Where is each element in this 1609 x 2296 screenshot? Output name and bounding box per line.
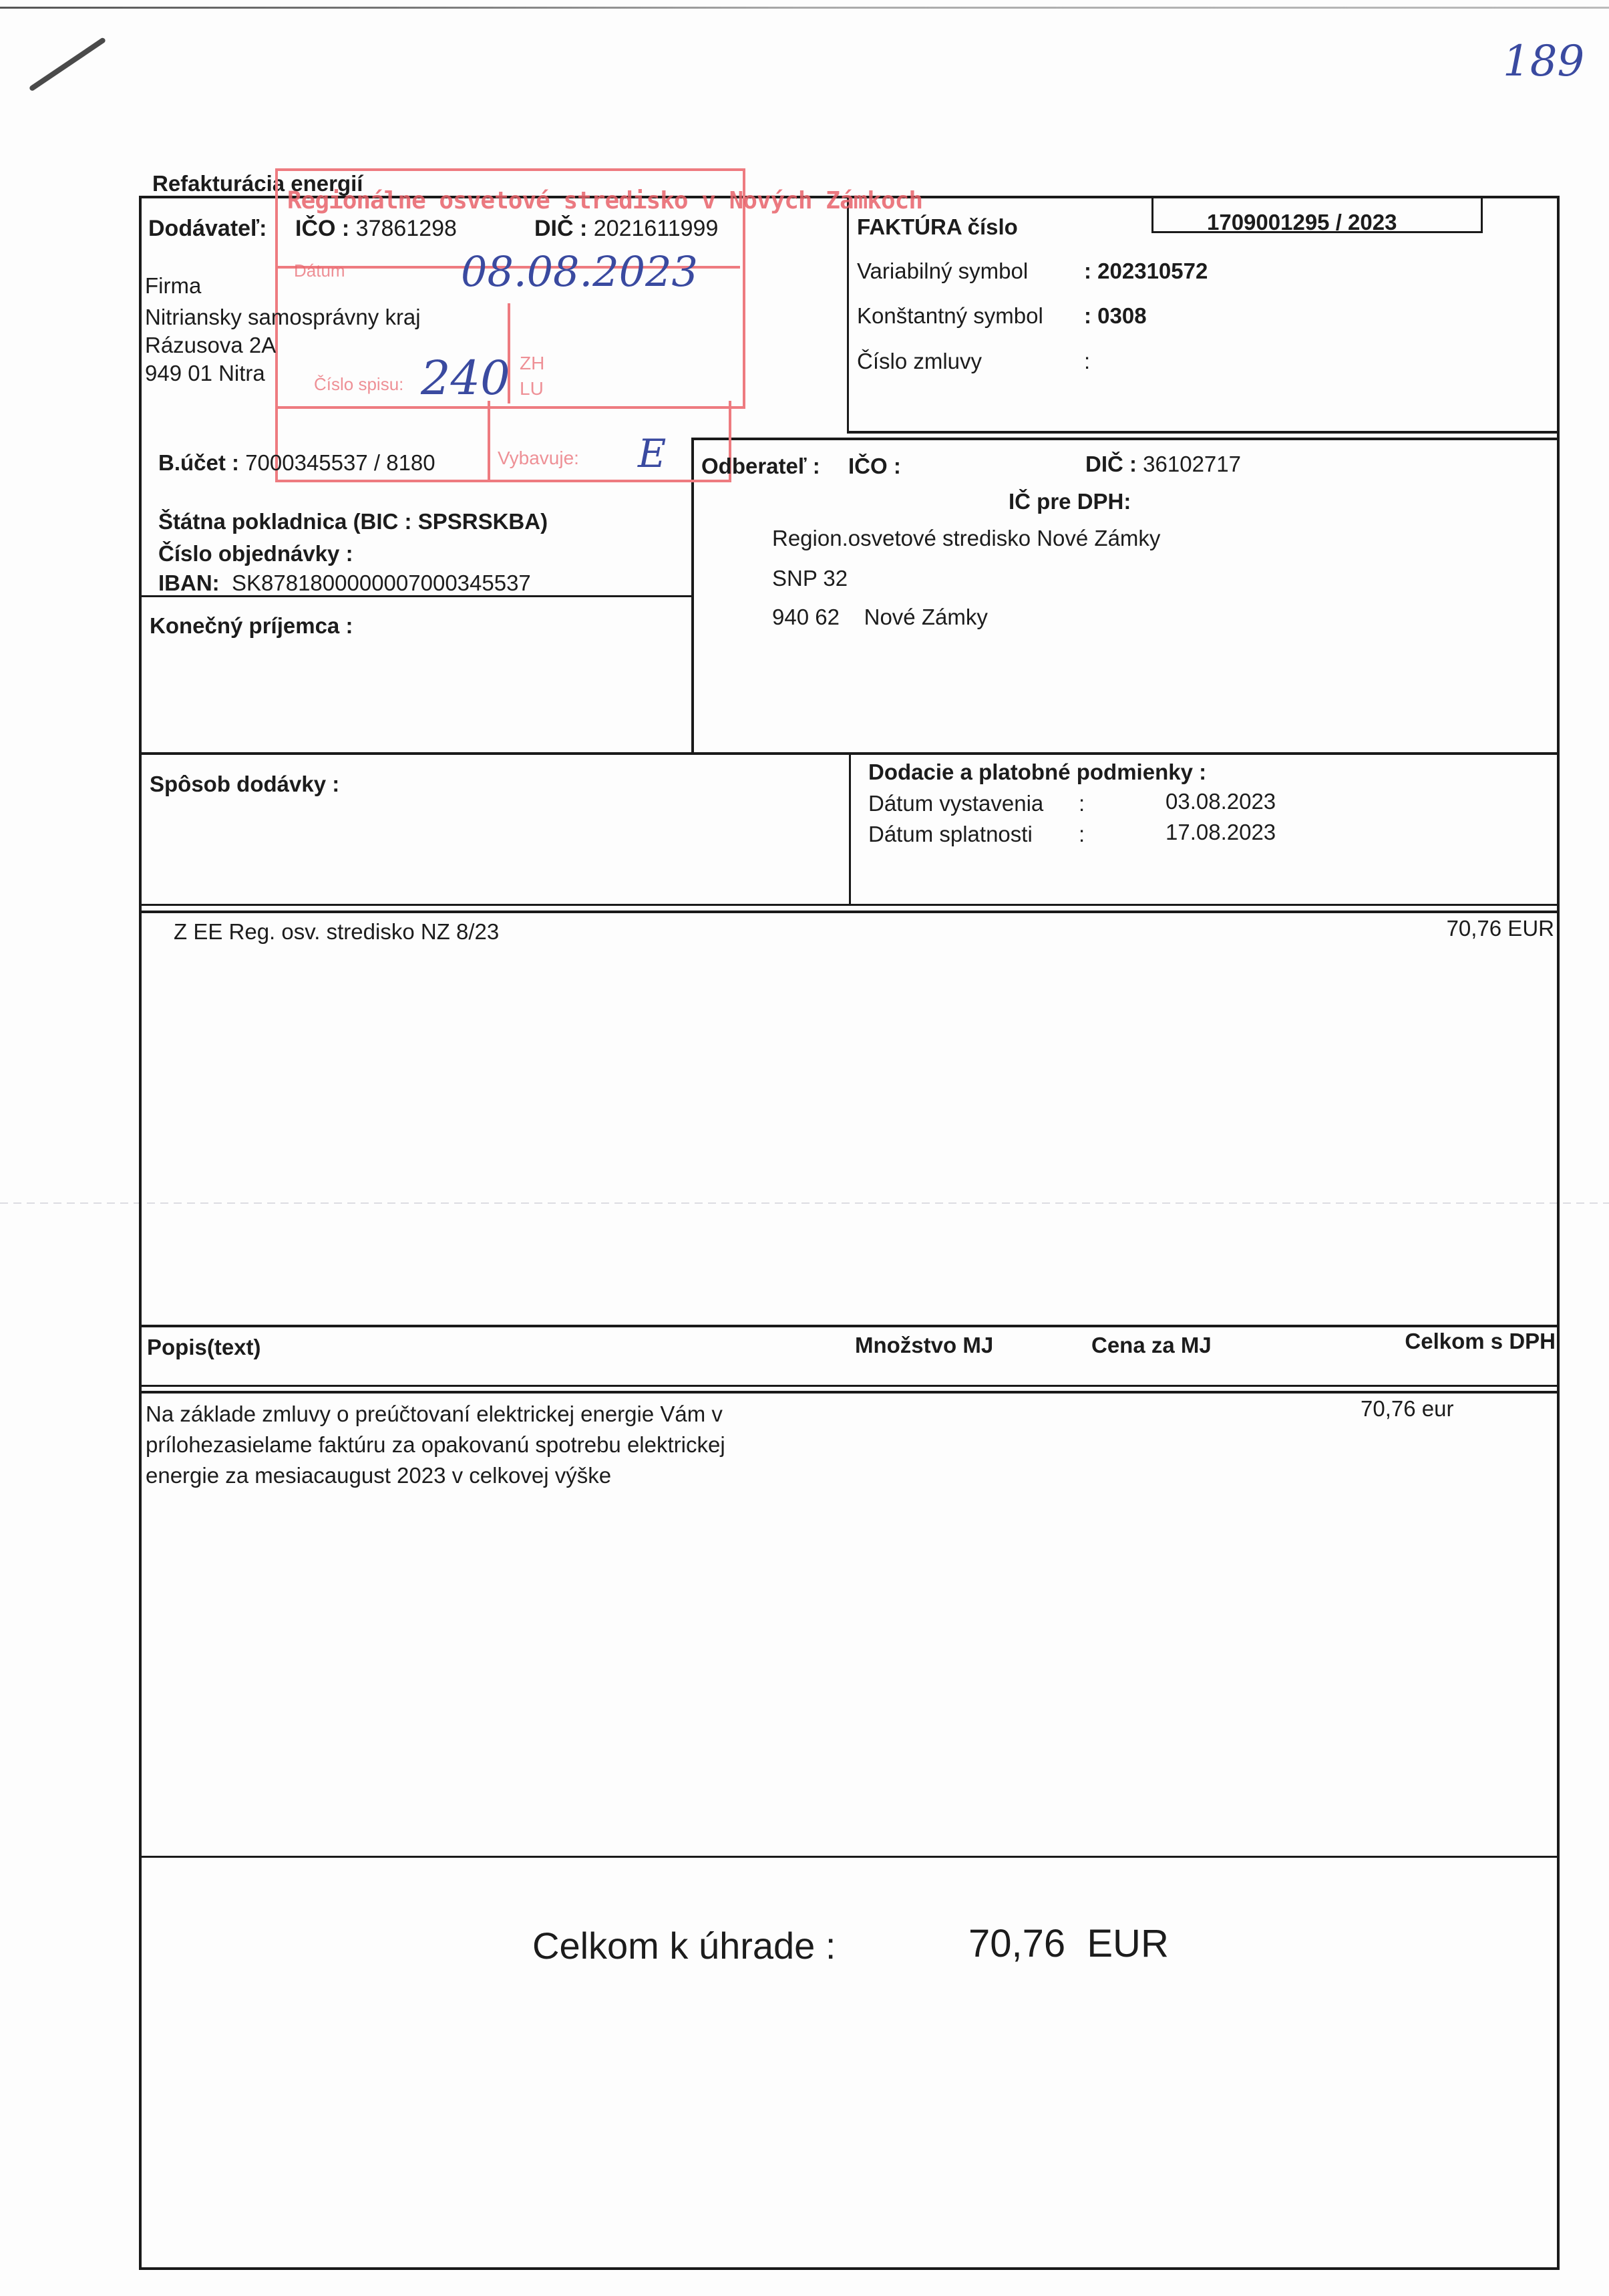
invoice-number: 1709001295 / 2023: [1207, 211, 1397, 233]
column-header-description: Popis(text): [147, 1336, 261, 1358]
supplier-street: Rázusova 2A: [145, 334, 276, 356]
invoice-title: FAKTÚRA číslo: [857, 216, 1018, 238]
final-recipient-label: Konečný príjemca :: [150, 615, 353, 637]
customer-label: Odberateľ :: [701, 455, 820, 477]
item-description-line: prílohezasielame faktúru za opakovanú sp…: [146, 1430, 725, 1460]
issue-date-value: 03.08.2023: [1166, 790, 1276, 812]
page-number-handwritten: 189: [1503, 37, 1584, 86]
due-date-value: 17.08.2023: [1166, 821, 1276, 843]
customer-dic: DIČ : 36102717: [1085, 453, 1241, 475]
constant-symbol-value: : 0308: [1084, 305, 1147, 327]
summary-note: Z EE Reg. osv. stredisko NZ 8/23: [174, 921, 499, 943]
customer-ico-label: IČO :: [848, 455, 901, 477]
customer-name: Region.osvetové stredisko Nové Zámky: [772, 527, 1160, 549]
contract-number-value: :: [1084, 350, 1090, 372]
staple-icon: [29, 37, 106, 92]
issue-date-colon: :: [1079, 792, 1085, 814]
variable-symbol-label: Variabilný symbol: [857, 260, 1028, 282]
item-description-line: Na základe zmluvy o preúčtovaní elektric…: [146, 1399, 725, 1430]
supplier-firm-label: Firma: [145, 275, 201, 297]
contract-number-label: Číslo zmluvy: [857, 350, 982, 372]
paper-fold-line: [0, 1202, 1609, 1204]
due-date-label: Dátum splatnosti: [868, 823, 1033, 845]
column-header-quantity: Množstvo MJ: [855, 1334, 993, 1356]
supplier-account: B.účet : 7000345537 / 8180: [158, 452, 435, 474]
stamp-side-label-lu: LU: [520, 378, 544, 399]
customer-street: SNP 32: [772, 567, 848, 589]
total-value: 70,76 EUR: [968, 1921, 1169, 1966]
supplier-order-label: Číslo objednávky :: [158, 542, 353, 564]
stamp-side-label-zh: ZH: [520, 353, 544, 374]
customer-vat-label: IČ pre DPH:: [1009, 490, 1131, 512]
delivery-method-label: Spôsob dodávky :: [150, 773, 339, 795]
customer-city: 940 62 Nové Zámky: [772, 606, 988, 628]
stamp-handled-value: E: [638, 431, 666, 476]
constant-symbol-label: Konštantný symbol: [857, 305, 1043, 327]
total-label: Celkom k úhrade :: [532, 1924, 836, 1967]
stamp-organization: Regionálne osvetové stredisko v Nových Z…: [287, 187, 922, 214]
item-total: 70,76 eur: [1361, 1398, 1453, 1420]
column-header-unit-price: Cena za MJ: [1091, 1334, 1212, 1356]
supplier-name: Nitriansky samosprávny kraj: [145, 306, 421, 328]
delivery-terms-label: Dodacie a platobné podmienky :: [868, 761, 1206, 783]
stamp-date-value: 08.08.2023: [461, 247, 698, 296]
stamp-handled-label: Vybavuje:: [498, 448, 579, 469]
supplier-city: 949 01 Nitra: [145, 362, 265, 384]
due-date-colon: :: [1079, 823, 1085, 845]
supplier-label: Dodávateľ:: [148, 217, 266, 240]
supplier-iban: IBAN: SK8781800000007000345537: [158, 572, 531, 594]
stamp-reg-value: 240: [421, 351, 510, 405]
summary-amount: 70,76 EUR: [1447, 917, 1554, 939]
column-header-total: Celkom s DPH: [1405, 1330, 1556, 1352]
supplier-dic: DIČ : 2021611999: [534, 217, 718, 240]
issue-date-label: Dátum vystavenia: [868, 792, 1043, 814]
table-row: Na základe zmluvy o preúčtovaní elektric…: [146, 1399, 725, 1491]
stamp-reg-label: Číslo spisu:: [314, 374, 403, 395]
variable-symbol-value: : 202310572: [1084, 260, 1208, 282]
scan-top-edge: [0, 7, 1609, 9]
supplier-bank: Štátna pokladnica (BIC : SPSRSKBA): [158, 510, 548, 532]
supplier-ico: IČO : 37861298: [295, 217, 457, 240]
stamp-date-label: Dátum: [294, 261, 345, 281]
item-description-line: energie za mesiacaugust 2023 v celkovej …: [146, 1460, 725, 1491]
